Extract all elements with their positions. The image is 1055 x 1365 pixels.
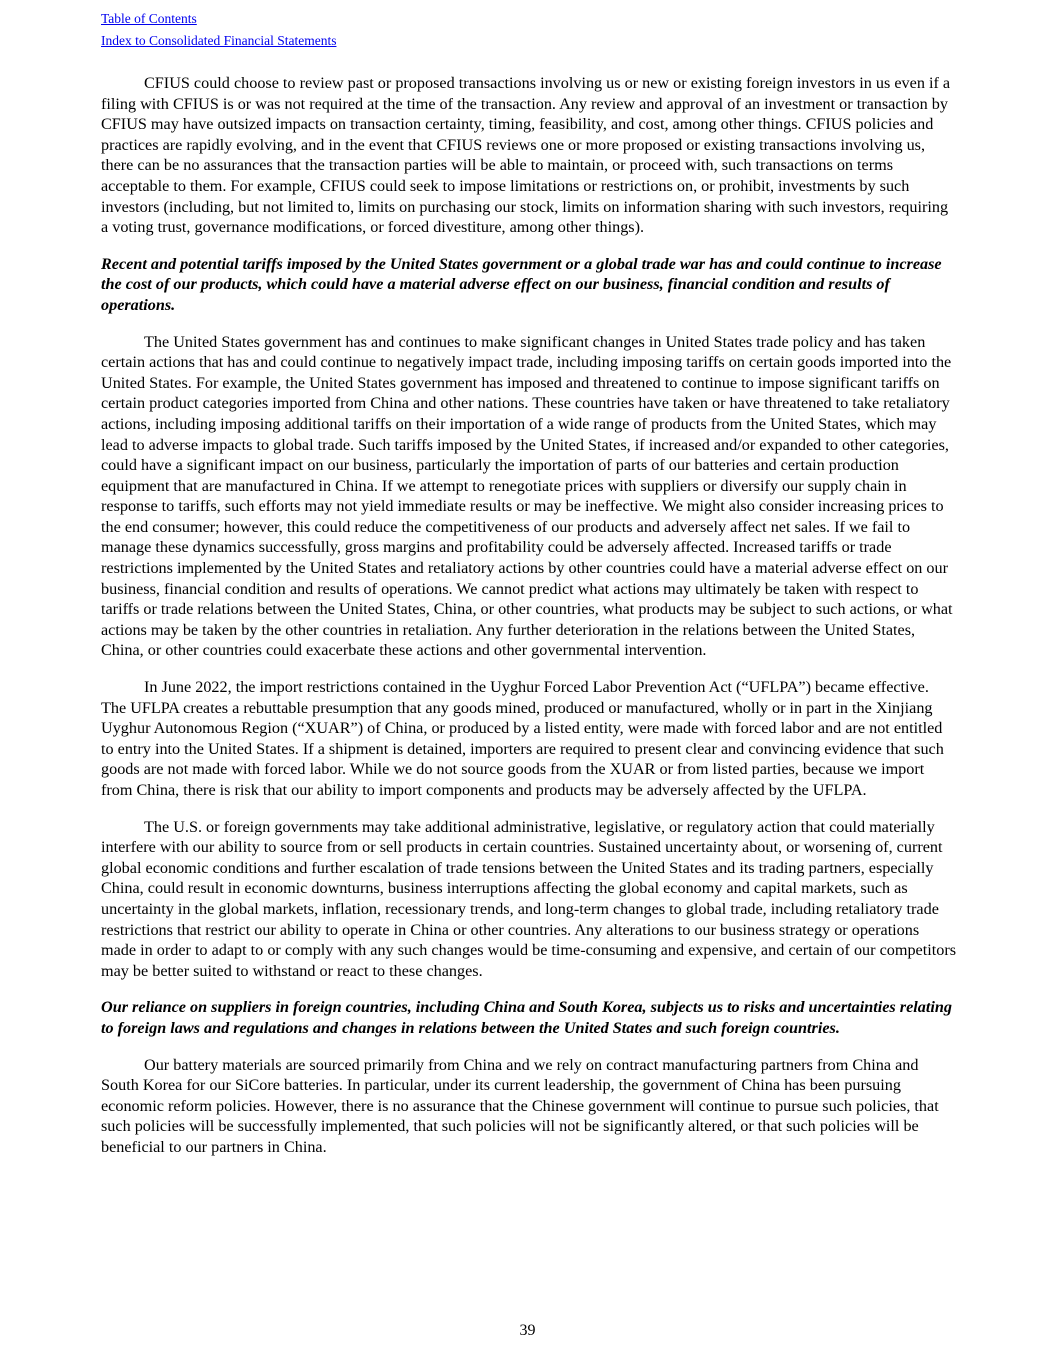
paragraph-us-trade-policy: The United States government has and con…: [101, 332, 957, 662]
page-number: 39: [0, 1322, 1055, 1340]
risk-heading-tariffs: Recent and potential tariffs imposed by …: [101, 254, 957, 316]
document-body: CFIUS could choose to review past or pro…: [101, 73, 957, 1174]
table-of-contents-link[interactable]: Table of Contents: [101, 8, 336, 30]
document-navigation: Table of Contents Index to Consolidated …: [101, 8, 336, 51]
paragraph-government-action: The U.S. or foreign governments may take…: [101, 817, 957, 982]
paragraph-uflpa: In June 2022, the import restrictions co…: [101, 677, 957, 801]
paragraph-cfius-review: CFIUS could choose to review past or pro…: [101, 73, 957, 238]
risk-heading-foreign-suppliers: Our reliance on suppliers in foreign cou…: [101, 997, 957, 1038]
paragraph-battery-materials: Our battery materials are sourced primar…: [101, 1055, 957, 1158]
financial-statements-index-link[interactable]: Index to Consolidated Financial Statemen…: [101, 30, 336, 52]
